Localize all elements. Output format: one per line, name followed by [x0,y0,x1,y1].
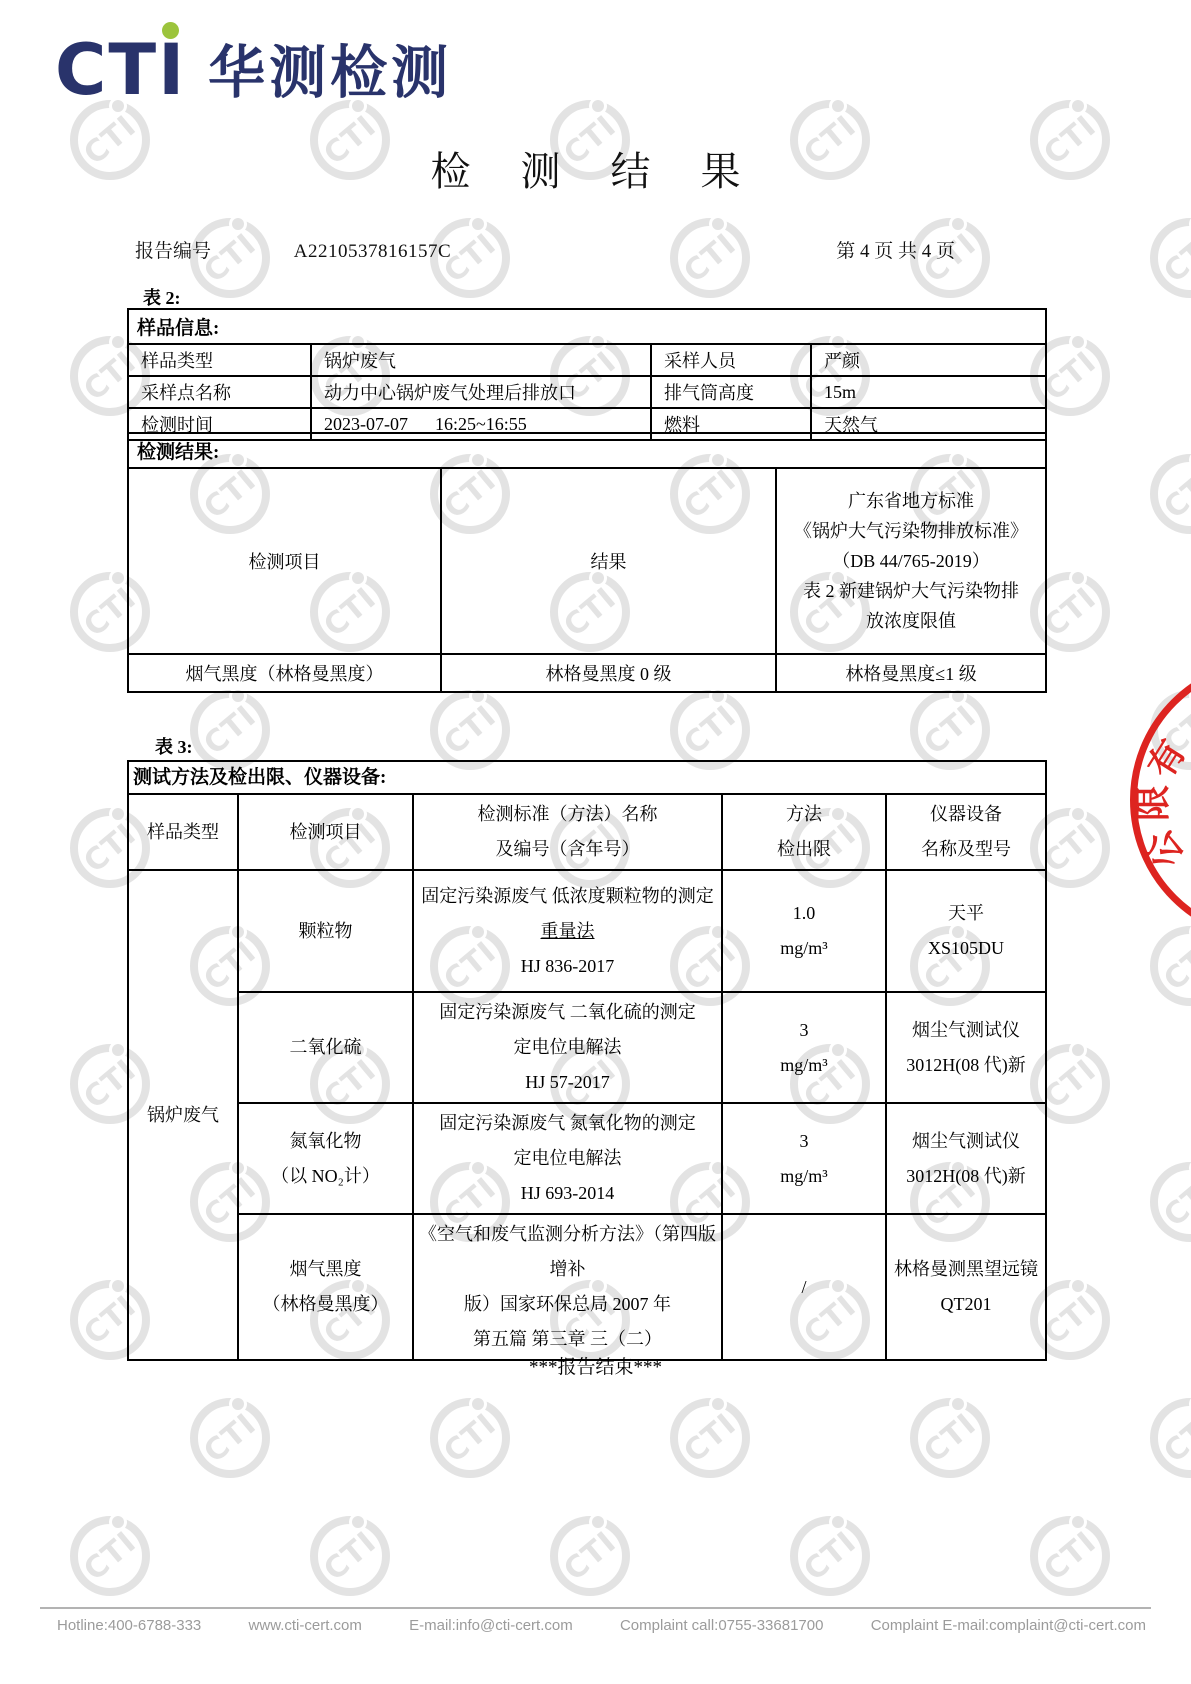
stack-height-value: 15m [811,376,1046,408]
report-page: CTICTICTICTICTICTICTICTICTICTICTICTICTIC… [0,0,1191,1684]
logo-green-dot-icon [162,22,179,39]
logo-i-letter: I [158,29,186,111]
row3-method-line3: HJ 693-2014 [418,1176,717,1211]
smoke-blackness-item: 烟气黑度（林格曼黑度） [128,654,441,692]
col-header-standard-name: 检测标准（方法）名称 及编号（含年号） [413,794,722,870]
row4-method-line2: 版）国家环保总局 2007 年 [418,1287,717,1322]
row3-method-line2: 定电位电解法 [418,1141,717,1176]
logo-ct-text: CT [55,34,158,106]
row2-method: 固定污染源废气 二氧化硫的测定 定电位电解法 HJ 57-2017 [413,992,722,1103]
report-content: CTI 华测检测 检 测 结 果 报告编号 A2210537816157C 第 … [0,0,1191,1684]
col-header-instrument: 仪器设备 名称及型号 [886,794,1046,870]
row1-limit: 1.0 mg/m³ [722,870,886,992]
sample-type-cell: 锅炉废气 [128,870,238,1360]
row3-instrument: 烟尘气测试仪 3012H(08 代)新 [886,1103,1046,1214]
row1-item: 颗粒物 [238,870,413,992]
page-number-info: 第 4 页 共 4 页 [836,236,955,263]
sampler-label: 采样人员 [651,344,811,376]
logo-i-text: I [158,34,186,106]
report-no-value: A2210537816157C [294,241,451,263]
page-title: 检 测 结 果 [0,140,1191,197]
sampling-point-label: 采样点名称 [128,376,311,408]
row4-instrument: 林格曼测黑望远镜 QT201 [886,1214,1046,1360]
col-header-item: 检测项目 [238,794,413,870]
smoke-blackness-result: 林格曼黑度 0 级 [441,654,776,692]
cti-logo: CTI 华测检测 [55,34,452,106]
row4-method-line1: 《空气和废气监测分析方法》（第四版增补 [418,1217,717,1287]
row4-method: 《空气和废气监测分析方法》（第四版增补 版）国家环保总局 2007 年 第五篇 … [413,1214,722,1360]
row1-method-line3: HJ 836-2017 [418,949,717,984]
row2-item: 二氧化硫 [238,992,413,1103]
row2-limit: 3 mg/m³ [722,992,886,1103]
row2-method-line3: HJ 57-2017 [418,1065,717,1100]
stack-height-label: 排气筒高度 [651,376,811,408]
result-col-standard: 广东省地方标准 《锅炉大气污染物排放标准》 （DB 44/765-2019） 表… [776,468,1046,654]
logo-company-name: 华测检测 [208,40,452,106]
sampler-value: 严颜 [811,344,1046,376]
sampling-point-value: 动力中心锅炉废气处理后排放口 [311,376,651,408]
col-header-detection-limit: 方法 检出限 [722,794,886,870]
result-col-item: 检测项目 [128,468,441,654]
smoke-blackness-limit: 林格曼黑度≤1 级 [776,654,1046,692]
row3-method: 固定污染源废气 氮氧化物的测定 定电位电解法 HJ 693-2014 [413,1103,722,1214]
footer: Hotline:400-6788-333 www.cti-cert.com E-… [57,1617,1146,1634]
footer-hotline: Hotline:400-6788-333 [57,1617,201,1634]
method-section-header: 测试方法及检出限、仪器设备: [128,761,1046,794]
footer-website: www.cti-cert.com [249,1617,362,1634]
row3-method-line1: 固定污染源废气 氮氧化物的测定 [418,1106,717,1141]
report-no-label: 报告编号 [135,236,211,263]
test-result-table: 检测结果: 检测项目 结果 广东省地方标准 《锅炉大气污染物排放标准》 （DB … [127,432,1047,693]
row3-limit: 3 mg/m³ [722,1103,886,1214]
row1-instrument: 天平 XS105DU [886,870,1046,992]
footer-email: E-mail:info@cti-cert.com [409,1617,573,1634]
report-meta-row: 报告编号 A2210537816157C 第 4 页 共 4 页 [135,236,955,263]
report-end-text: ***报告结束*** [0,1352,1191,1379]
footer-complaint-call: Complaint call:0755-33681700 [620,1617,823,1634]
table3-label: 表 3: [155,733,193,759]
sample-info-table: 样品信息: 样品类型 锅炉废气 采样人员 严颜 采样点名称 动力中心锅炉废气处理… [127,308,1047,441]
sample-type-value: 锅炉废气 [311,344,651,376]
row2-instrument: 烟尘气测试仪 3012H(08 代)新 [886,992,1046,1103]
method-instrument-table: 测试方法及检出限、仪器设备: 样品类型 检测项目 检测标准（方法）名称 及编号（… [127,760,1047,1361]
row4-item: 烟气黑度 （林格曼黑度） [238,1214,413,1360]
table2-label: 表 2: [143,284,181,310]
sample-type-label: 样品类型 [128,344,311,376]
result-section-header: 检测结果: [128,433,1046,468]
row1-method-line1: 固定污染源废气 低浓度颗粒物的测定 [418,879,717,914]
row2-method-line1: 固定污染源废气 二氧化硫的测定 [418,995,717,1030]
row3-item: 氮氧化物 （以 NO₂计） [238,1103,413,1214]
row1-method-line2: 重量法 [418,914,717,949]
result-col-result: 结果 [441,468,776,654]
row1-method: 固定污染源废气 低浓度颗粒物的测定 重量法 HJ 836-2017 [413,870,722,992]
footer-complaint-email: Complaint E-mail:complaint@cti-cert.com [871,1617,1146,1634]
col-header-sample-type: 样品类型 [128,794,238,870]
row2-method-line2: 定电位电解法 [418,1030,717,1065]
footer-divider [40,1607,1151,1609]
sample-info-header: 样品信息: [128,309,1046,344]
row4-limit: / [722,1214,886,1360]
